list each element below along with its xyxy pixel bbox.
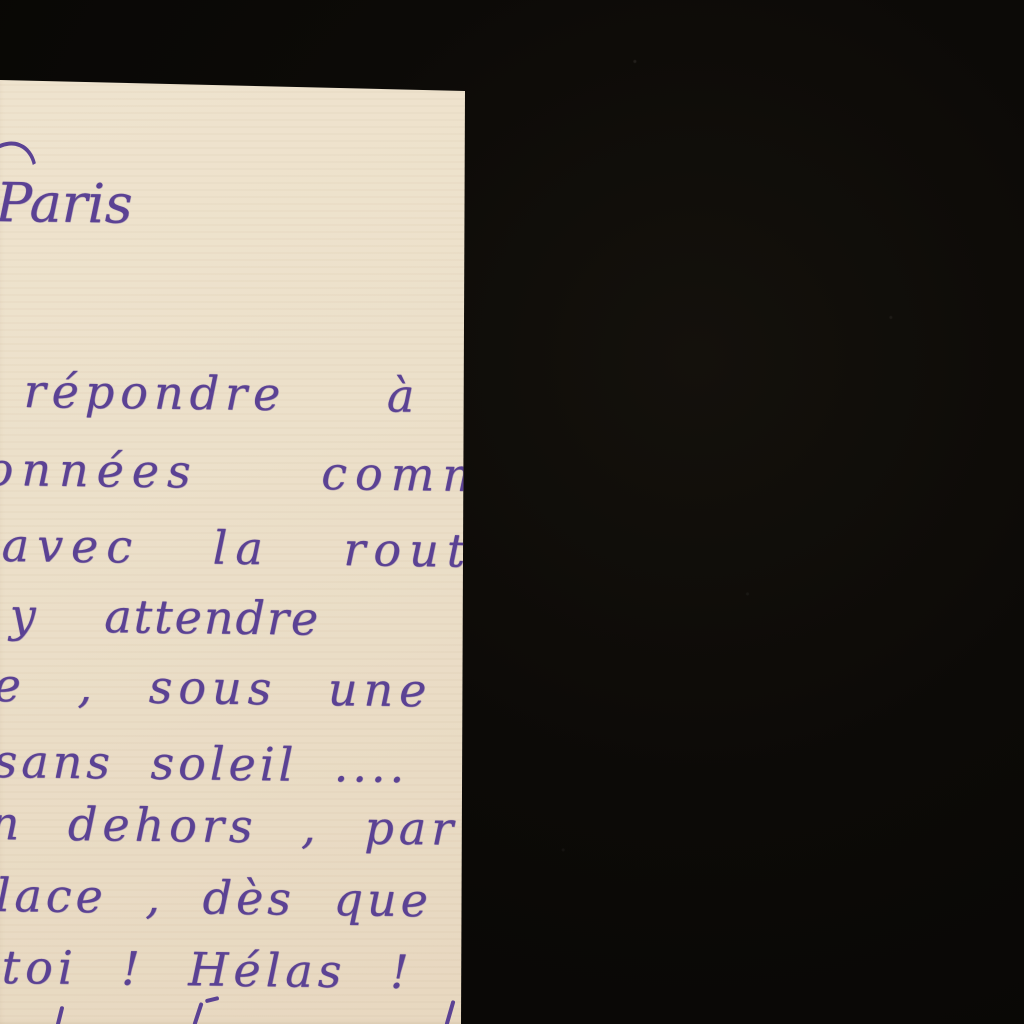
handwriting-line: répondre à	[23, 368, 420, 419]
handwriting-line: lace , dès que	[0, 872, 432, 923]
handwriting-line: n dehors , par	[0, 800, 459, 852]
cut-off-stroke-fragment	[56, 1006, 65, 1024]
letter-paper: Paris répondre à onnées comme avec la ro…	[0, 0, 1024, 1024]
handwriting-line: y attendre	[9, 592, 320, 642]
handwriting-line: onnées comme	[0, 446, 530, 499]
handwriting-line-paris: Paris	[0, 176, 133, 232]
handwriting-line: avec la route,	[1, 522, 531, 574]
cut-off-stroke-fragment	[444, 1000, 455, 1024]
photo-backdrop: Paris répondre à onnées comme avec la ro…	[0, 0, 1024, 1024]
handwriting-line: toi ! Hélas !	[1, 944, 413, 995]
cut-off-stroke-fragment-accent	[192, 1002, 203, 1024]
handwriting-line: sans soleil ....	[0, 738, 409, 789]
handwriting-line: e , sous une	[0, 662, 433, 713]
